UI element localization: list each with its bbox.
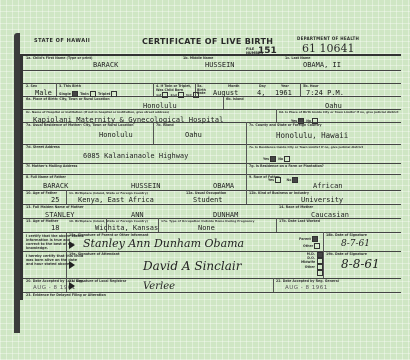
certificate-form: 1a. Child's First Name (Type or print) B… bbox=[20, 54, 401, 300]
label-6a: 6a. Place of Birth: City, Town or Rural … bbox=[26, 98, 110, 102]
parent-option: Parent bbox=[299, 236, 319, 242]
label-22: 22. Date Accepted by Reg. General bbox=[276, 280, 339, 284]
street-address: 6085 Kalanianaole Highway bbox=[83, 152, 188, 160]
birth-year: 1961 bbox=[275, 89, 292, 97]
twin-order-options: 1st 2nd 3rd bbox=[156, 92, 200, 98]
parent-checkbox[interactable] bbox=[312, 236, 318, 242]
mother-residence-county-state: Honolulu, Hawaii bbox=[276, 131, 348, 140]
other-checkbox[interactable] bbox=[314, 243, 320, 249]
father-middle-name: HUSSEIN bbox=[131, 182, 161, 190]
label-7f: 7f. Mother's Mailing Address bbox=[26, 165, 77, 169]
child-last-name: OBAMA, II bbox=[303, 61, 341, 69]
department-label: DEPARTMENT OF HEALTH bbox=[297, 36, 359, 41]
label-this-birth: 3. This Birth bbox=[59, 85, 81, 89]
father-last-name: OBAMA bbox=[213, 182, 234, 190]
arrow-icon bbox=[69, 261, 75, 269]
informant-signature: Stanley Ann Dunham Obama bbox=[83, 237, 244, 250]
state-label: STATE OF HAWAII bbox=[34, 38, 90, 44]
triplet-checkbox[interactable] bbox=[111, 91, 117, 97]
label-7a: 7a. Usual Residence of Mother: City, Tow… bbox=[26, 124, 133, 128]
child-middle-name: HUSSEIN bbox=[205, 61, 235, 69]
other-option: Other bbox=[303, 243, 321, 249]
label-6d: 6d. Is Place of Birth Inside City or Tow… bbox=[279, 111, 399, 115]
label-14: 14. Race of Mother bbox=[279, 206, 313, 210]
birth-hour: 7:24 P.M. bbox=[306, 89, 344, 97]
mother-first-name: STANLEY bbox=[45, 211, 75, 219]
mother-middle-name: ANN bbox=[131, 211, 144, 219]
label-7b: 7b. Island bbox=[156, 124, 174, 128]
child-first-name: BARACK bbox=[93, 61, 118, 69]
label-7e: 7e. Is Residence Inside City or Town Lim… bbox=[249, 146, 369, 150]
label-21: 21. Signature of Local Registrar bbox=[69, 280, 126, 284]
mother-residence-island: Oahu bbox=[185, 131, 202, 139]
mother-birthplace: Wichita, Kansas bbox=[95, 224, 158, 232]
label-13: 13. Full Maiden Name of Mother bbox=[26, 206, 84, 210]
informant-signature-date: 8-7-61 bbox=[341, 239, 370, 249]
label-9: 9. Race of Father bbox=[249, 176, 280, 180]
mother-last-name: DUNHAM bbox=[213, 211, 238, 219]
certificate-title: CERTIFICATE OF LIVE BIRTH bbox=[142, 37, 273, 46]
arrow-icon bbox=[69, 241, 75, 249]
place-of-birth-city: Honolulu bbox=[143, 102, 177, 110]
label-8: 8. Full Name of Father bbox=[26, 176, 66, 180]
sex-value: Male bbox=[35, 89, 52, 97]
label-19a: 19a. Signature of Attendant bbox=[69, 253, 120, 257]
attendant-signature: David A Sinclair bbox=[143, 259, 241, 273]
mother-race: Caucasian bbox=[311, 211, 349, 219]
mother-occupation: None bbox=[198, 224, 215, 232]
label-6b: 6b. Island bbox=[226, 98, 244, 102]
7g-no-checkbox[interactable] bbox=[292, 177, 298, 183]
label-18b: 18b. Date of Signature bbox=[326, 234, 367, 238]
father-business: University bbox=[301, 196, 343, 204]
date-accepted-general: AUG - 8 1961 bbox=[285, 285, 328, 291]
label-7c: 7c. County and State or Foreign Country bbox=[249, 124, 322, 128]
father-occupation: Student bbox=[193, 196, 223, 204]
label-17b: 17b. Date Last Worked bbox=[279, 220, 320, 224]
attendant-type-checkboxes bbox=[316, 252, 324, 276]
father-birthplace: Kenya, East Africa bbox=[78, 196, 154, 204]
birth-month: August bbox=[213, 89, 238, 97]
father-race: African bbox=[313, 182, 343, 190]
attendant-type-options: M.D. D.O. Midwife Other bbox=[301, 252, 315, 269]
attendant-signature-date: 8-8-61 bbox=[341, 257, 380, 271]
mother-age: 18 bbox=[51, 224, 59, 232]
registrar-signature: Verlee bbox=[143, 281, 175, 292]
place-of-birth-island: Oahu bbox=[325, 102, 342, 110]
label-7g: 7g. Is Residence on a Farm or Plantation… bbox=[249, 165, 324, 169]
label-birth-date: 5a. Birth Date bbox=[197, 85, 209, 96]
father-first-name: BARACK bbox=[43, 182, 68, 190]
father-age: 25 bbox=[51, 196, 59, 204]
second-checkbox[interactable] bbox=[178, 92, 184, 98]
7e-yes-checkbox[interactable] bbox=[270, 156, 276, 162]
7e-options: Yes No bbox=[263, 156, 291, 162]
rule bbox=[23, 70, 401, 71]
7e-no-checkbox[interactable] bbox=[284, 156, 290, 162]
mother-residence-city: Honolulu bbox=[99, 131, 133, 139]
birth-day: 4, bbox=[257, 89, 265, 97]
rule bbox=[23, 174, 401, 175]
label-7d: 7d. Street Address bbox=[26, 146, 60, 150]
label-1a: 1a. Child's First Name (Type or print) bbox=[26, 57, 92, 61]
other-attendant-checkbox[interactable] bbox=[317, 270, 323, 276]
label-23: 23. Evidence for Delayed Filing or Alter… bbox=[26, 294, 106, 298]
label-12b: 12b. Kind of Business or Industry bbox=[249, 192, 309, 196]
first-checkbox[interactable] bbox=[162, 92, 168, 98]
rule bbox=[23, 163, 401, 164]
